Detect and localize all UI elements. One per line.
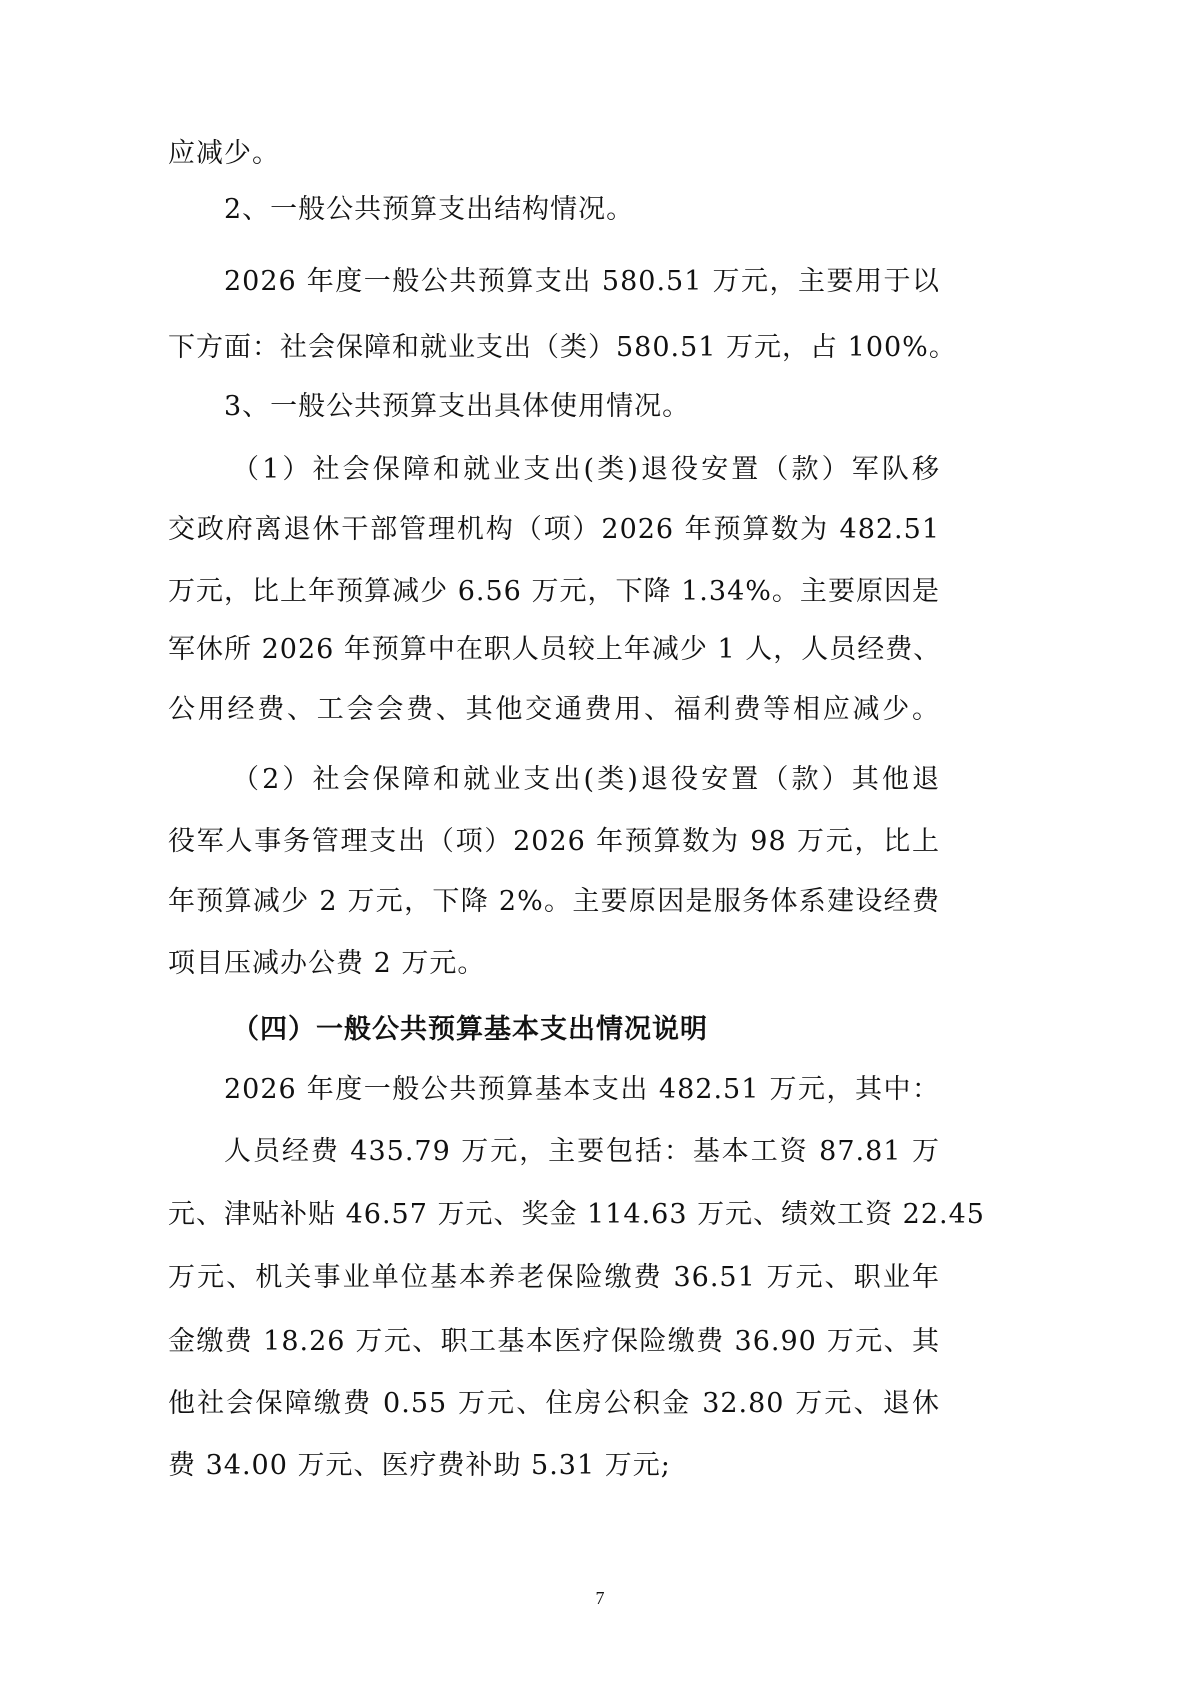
text-line: 交政府离退休干部管理机构（项）2026 年预算数为 482.51 [168, 510, 940, 550]
section-heading: （四）一般公共预算基本支出情况说明 [232, 1010, 940, 1050]
text-line: 元、津贴补贴 46.57 万元、奖金 114.63 万元、绩效工资 22.45 [168, 1195, 940, 1235]
text-line: （1）社会保障和就业支出(类)退役安置（款）军队移 [232, 450, 940, 490]
text-line: 费 34.00 万元、医疗费补助 5.31 万元; [168, 1446, 940, 1486]
text-line: 应减少。 [168, 134, 940, 174]
text-line: 2026 年度一般公共预算支出 580.51 万元，主要用于以 [224, 262, 940, 302]
text-line: （2）社会保障和就业支出(类)退役安置（款）其他退 [232, 760, 940, 800]
text-line: 人员经费 435.79 万元，主要包括：基本工资 87.81 万 [224, 1132, 940, 1172]
text-line: 他社会保障缴费 0.55 万元、住房公积金 32.80 万元、退休 [168, 1384, 940, 1424]
text-line: 下方面：社会保障和就业支出（类）580.51 万元，占 100%。 [168, 328, 940, 368]
text-line: 年预算减少 2 万元，下降 2%。主要原因是服务体系建设经费 [168, 882, 940, 922]
text-line: 金缴费 18.26 万元、职工基本医疗保险缴费 36.90 万元、其 [168, 1322, 940, 1362]
text-line: 项目压减办公费 2 万元。 [168, 944, 940, 984]
text-line: 2、一般公共预算支出结构情况。 [224, 190, 940, 230]
text-line: 军休所 2026 年预算中在职人员较上年减少 1 人，人员经费、 [168, 630, 940, 670]
text-line: 2026 年度一般公共预算基本支出 482.51 万元，其中： [224, 1070, 940, 1110]
text-line: 3、一般公共预算支出具体使用情况。 [224, 387, 940, 427]
page-number: 7 [0, 1588, 1200, 1609]
document-page: 应减少。2、一般公共预算支出结构情况。2026 年度一般公共预算支出 580.5… [0, 0, 1200, 1697]
text-line: 万元，比上年预算减少 6.56 万元，下降 1.34%。主要原因是 [168, 572, 940, 612]
text-line: 万元、机关事业单位基本养老保险缴费 36.51 万元、职业年 [168, 1258, 940, 1298]
text-line: 公用经费、工会会费、其他交通费用、福利费等相应减少。 [168, 690, 940, 730]
text-line: 役军人事务管理支出（项）2026 年预算数为 98 万元，比上 [168, 822, 940, 862]
